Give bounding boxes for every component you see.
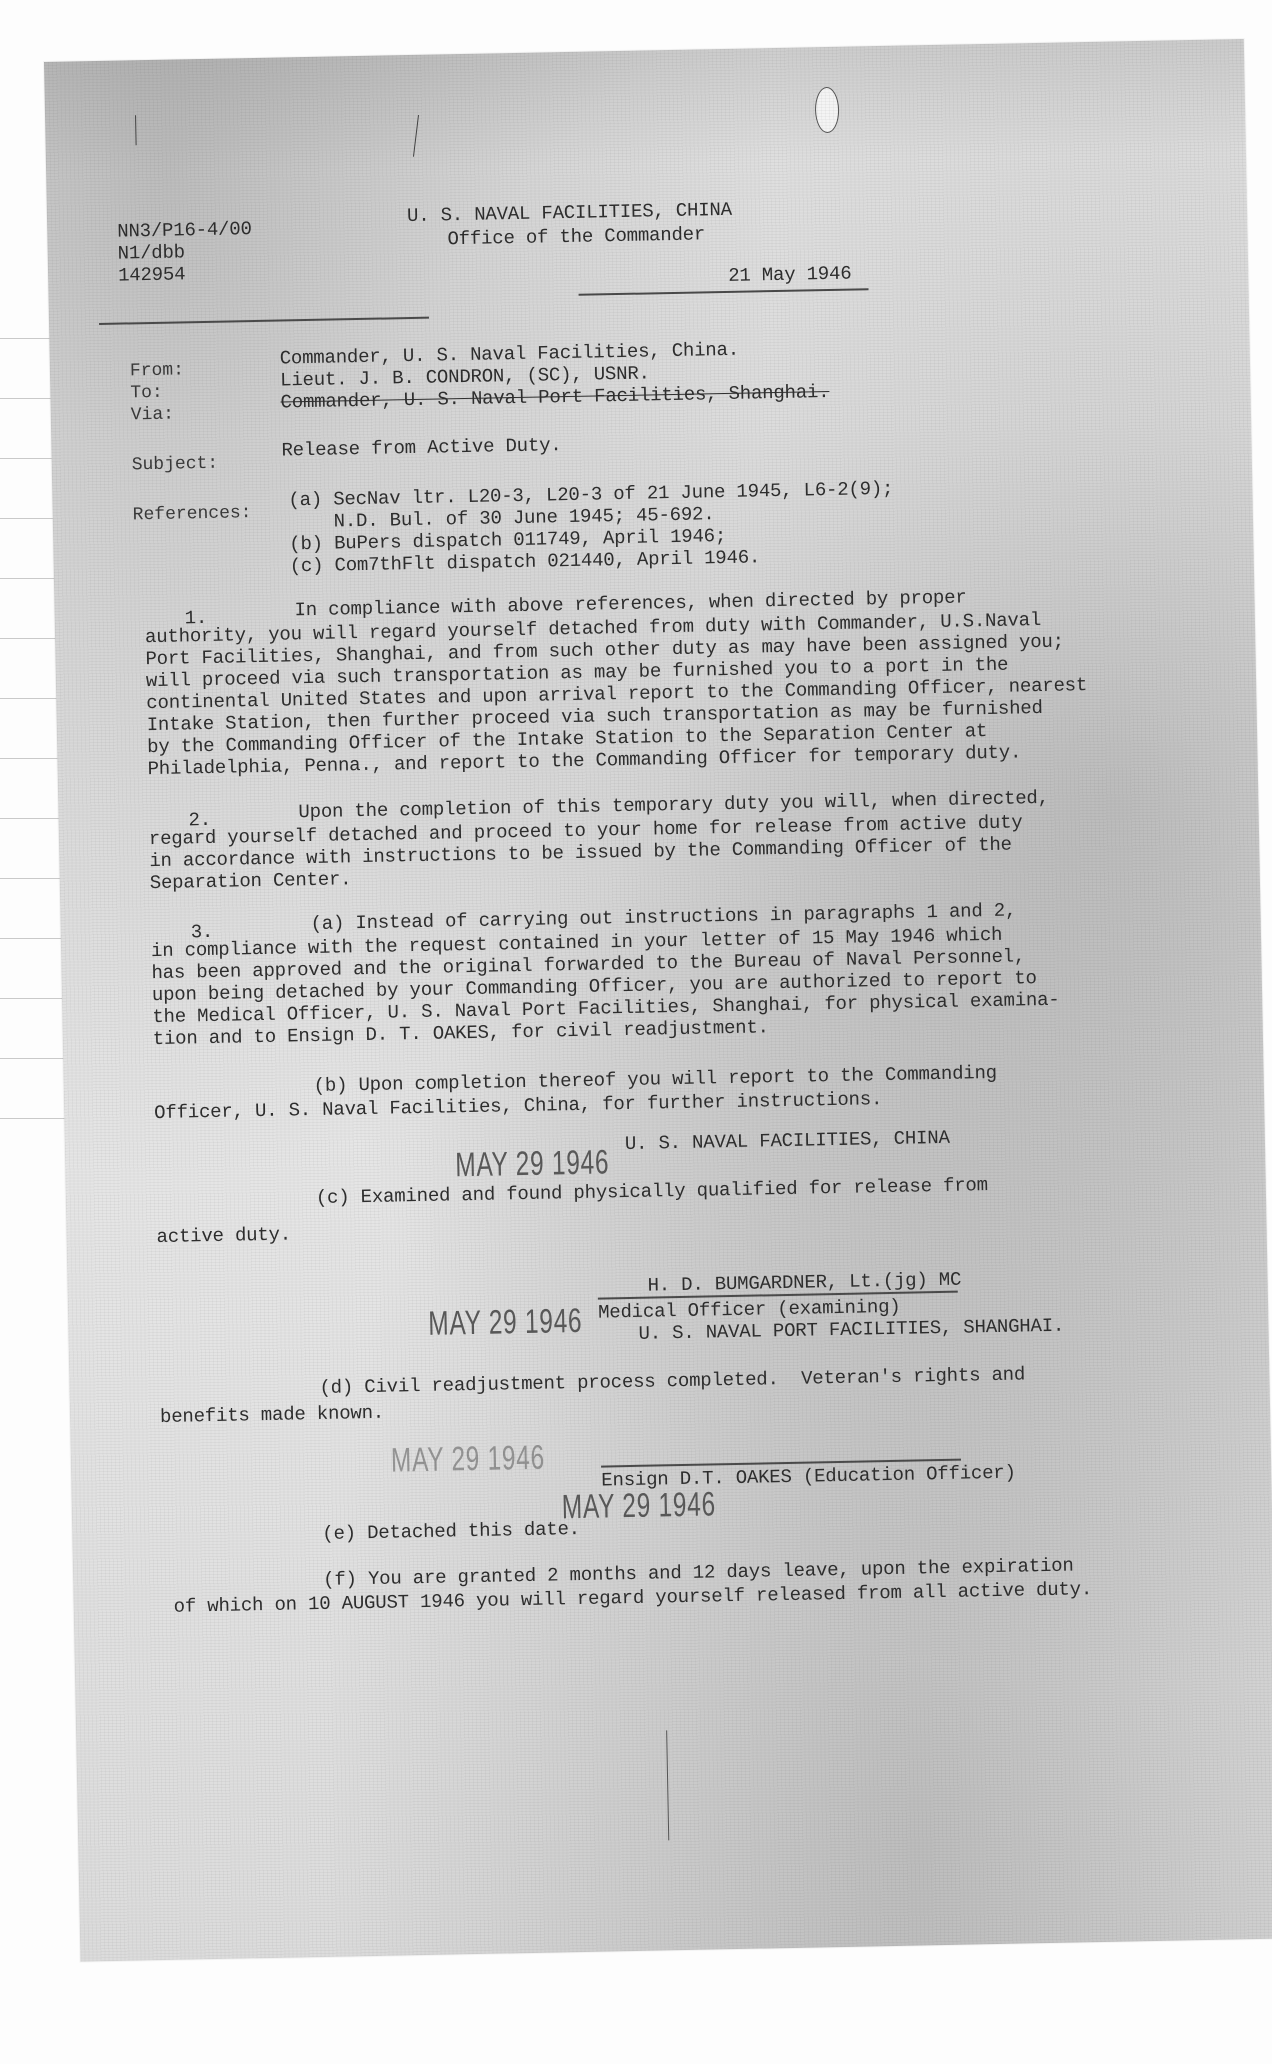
date-stamp: MAY 29 1946 (428, 1302, 583, 1344)
via-label: Via: (131, 404, 175, 427)
subject-label: Subject: (132, 453, 219, 477)
file-code: N1/dbb (117, 241, 185, 264)
date-stamp: MAY 29 1946 (455, 1143, 610, 1185)
photocopied-letter: NN3/P16-4/00 N1/dbb 142954 U. S. NAVAL F… (44, 39, 1272, 1962)
file-code: 142954 (118, 263, 186, 286)
to-label: To: (130, 382, 163, 405)
header-rule (99, 317, 429, 325)
from-label: From: (130, 359, 184, 382)
references-label: References: (133, 502, 252, 526)
paragraph-3d-line: benefits made known. (160, 1402, 384, 1428)
subject-value: Release from Active Duty. (281, 434, 561, 461)
date-stamp: MAY 29 1946 (561, 1485, 716, 1527)
date-underline (579, 288, 869, 296)
paragraph-3b-line: Officer, U. S. Naval Facilities, China, … (154, 1088, 882, 1124)
signature-block-facilities: U. S. NAVAL FACILITIES, CHINA (625, 1127, 950, 1155)
hole-punch-mark (815, 87, 840, 133)
file-code: NN3/P16-4/00 (117, 218, 252, 243)
letter-date: 21 May 1946 (728, 263, 852, 287)
pen-mark (413, 115, 419, 157)
paragraph-3e-line: (e) Detached this date. (322, 1518, 580, 1545)
letterhead-office: Office of the Commander (447, 223, 705, 250)
pen-mark (135, 115, 137, 145)
paragraph-3c-line: active duty. (156, 1223, 291, 1248)
paragraph-3c-line: (c) Examined and found physically qualif… (316, 1174, 988, 1209)
paragraph-2-line: Separation Center. (150, 868, 352, 894)
paragraph-3d-line: (d) Civil readjustment process completed… (319, 1363, 1025, 1399)
crease-mark (666, 1730, 669, 1840)
faint-date-stamp: MAY 29 1946 (391, 1439, 546, 1481)
